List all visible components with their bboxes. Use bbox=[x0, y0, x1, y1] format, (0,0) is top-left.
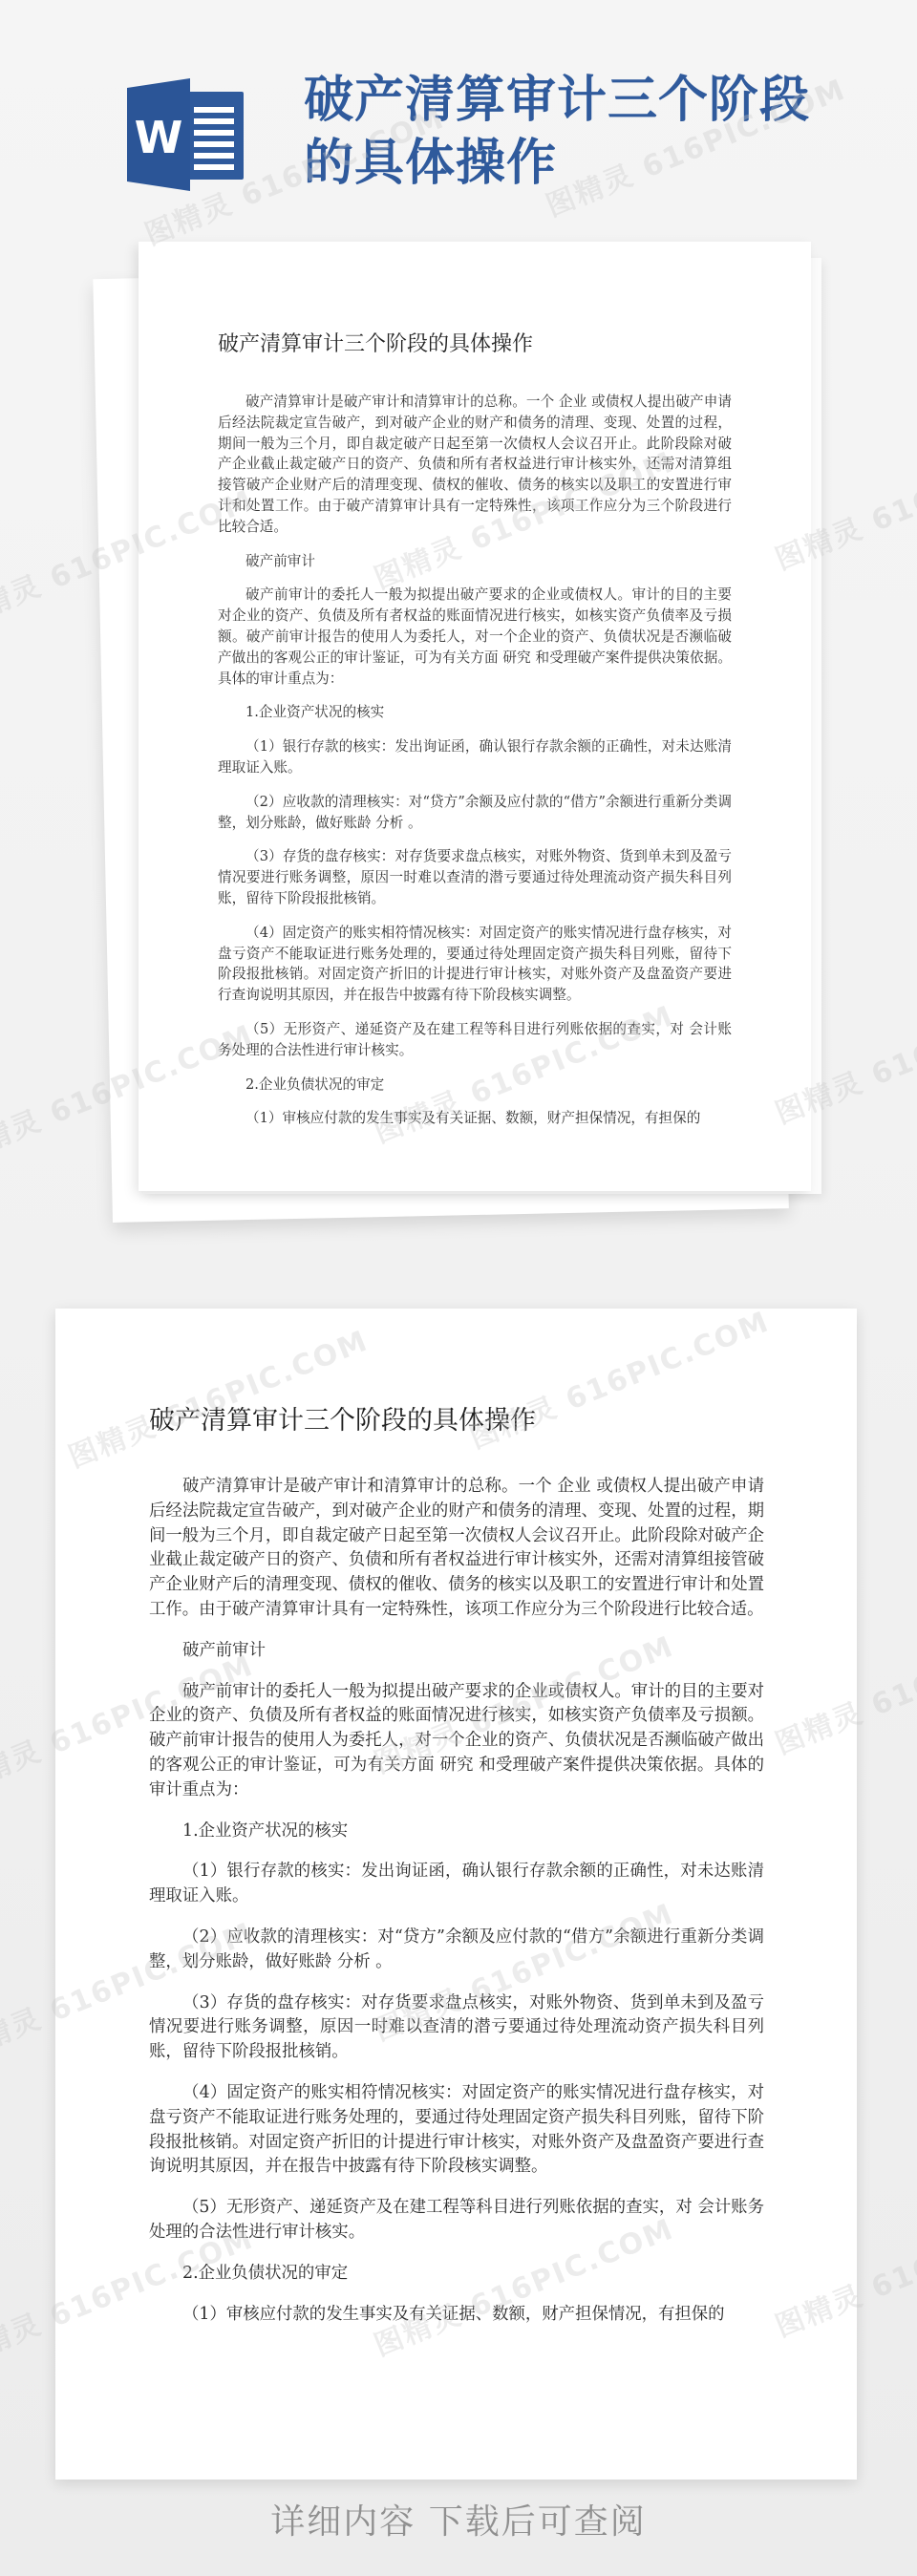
subsection-heading: 1.企业资产状况的核实 bbox=[218, 702, 732, 723]
title-line-2: 的具体操作 bbox=[304, 132, 877, 195]
title-line-1: 破产清算审计三个阶段 bbox=[304, 69, 877, 132]
section-heading: 破产前审计 bbox=[149, 1639, 764, 1664]
subsection-heading: 2.企业负债状况的审定 bbox=[149, 2262, 764, 2287]
subsection-heading: 1.企业资产状况的核实 bbox=[149, 1820, 764, 1844]
paragraph: 破产前审计的委托人一般为拟提出破产要求的企业或债权人。审计的目的主要对企业的资产… bbox=[218, 585, 732, 689]
page-title: 破产清算审计三个阶段 的具体操作 bbox=[304, 69, 877, 195]
subsection-heading: 2.企业负债状况的审定 bbox=[218, 1075, 732, 1096]
section-heading: 破产前审计 bbox=[218, 551, 732, 572]
document-preview-large: 破产清算审计三个阶段的具体操作 破产清算审计是破产审计和清算审计的总称。一个 企… bbox=[55, 1309, 857, 2480]
list-item: （2）应收款的清理核实：对“贷方”余额及应付款的“借方”余额进行重新分类调整，划… bbox=[149, 1926, 764, 1975]
list-item: （4）固定资产的账实相符情况核实：对固定资产的账实情况进行盘存核实，对盘亏资产不… bbox=[149, 2081, 764, 2180]
document-title: 破产清算审计三个阶段的具体操作 bbox=[149, 1399, 764, 1437]
download-hint: 详细内容 下载后可查阅 bbox=[0, 2495, 917, 2544]
word-document-icon: W bbox=[127, 78, 245, 191]
paragraph: 破产清算审计是破产审计和清算审计的总称。一个 企业 或债权人提出破产申请后经法院… bbox=[218, 392, 732, 538]
list-item: （1）审核应付款的发生事实及有关证据、数额，财产担保情况，有担保的 bbox=[218, 1108, 732, 1129]
svg-text:W: W bbox=[135, 112, 183, 163]
document-title: 破产清算审计三个阶段的具体操作 bbox=[218, 328, 732, 357]
document-preview-small: 破产清算审计三个阶段的具体操作 破产清算审计是破产审计和清算审计的总称。一个 企… bbox=[139, 242, 811, 1191]
paragraph: 破产前审计的委托人一般为拟提出破产要求的企业或债权人。审计的目的主要对企业的资产… bbox=[149, 1680, 764, 1803]
paragraph: 破产清算审计是破产审计和清算审计的总称。一个 企业 或债权人提出破产申请后经法院… bbox=[149, 1475, 764, 1623]
list-item: （5）无形资产、递延资产及在建工程等科目进行列账依据的查实，对 会计账务处理的合… bbox=[149, 2196, 764, 2246]
list-item: （4）固定资产的账实相符情况核实：对固定资产的账实情况进行盘存核实，对盘亏资产不… bbox=[218, 923, 732, 1006]
list-item: （2）应收款的清理核实：对“贷方”余额及应付款的“借方”余额进行重新分类调整，划… bbox=[218, 792, 732, 834]
list-item: （1）银行存款的核实：发出询证函，确认银行存款余额的正确性，对未达账清理取证入账… bbox=[149, 1860, 764, 1909]
list-item: （5）无形资产、递延资产及在建工程等科目进行列账依据的查实，对 会计账务处理的合… bbox=[218, 1019, 732, 1061]
document-body-small: 破产清算审计三个阶段的具体操作 破产清算审计是破产审计和清算审计的总称。一个 企… bbox=[218, 328, 732, 1142]
list-item: （3）存货的盘存核实：对存货要求盘点核实，对账外物资、货到单未到及盈亏情况要进行… bbox=[218, 846, 732, 908]
list-item: （1）银行存款的核实：发出询证函，确认银行存款余额的正确性，对未达账清理取证入账… bbox=[218, 736, 732, 778]
document-body-large: 破产清算审计三个阶段的具体操作 破产清算审计是破产审计和清算审计的总称。一个 企… bbox=[149, 1399, 764, 2343]
list-item: （3）存货的盘存核实：对存货要求盘点核实，对账外物资、货到单未到及盈亏情况要进行… bbox=[149, 1991, 764, 2065]
header-banner: W 破产清算审计三个阶段 的具体操作 bbox=[0, 0, 917, 220]
list-item: （1）审核应付款的发生事实及有关证据、数额，财产担保情况，有担保的 bbox=[149, 2303, 764, 2328]
